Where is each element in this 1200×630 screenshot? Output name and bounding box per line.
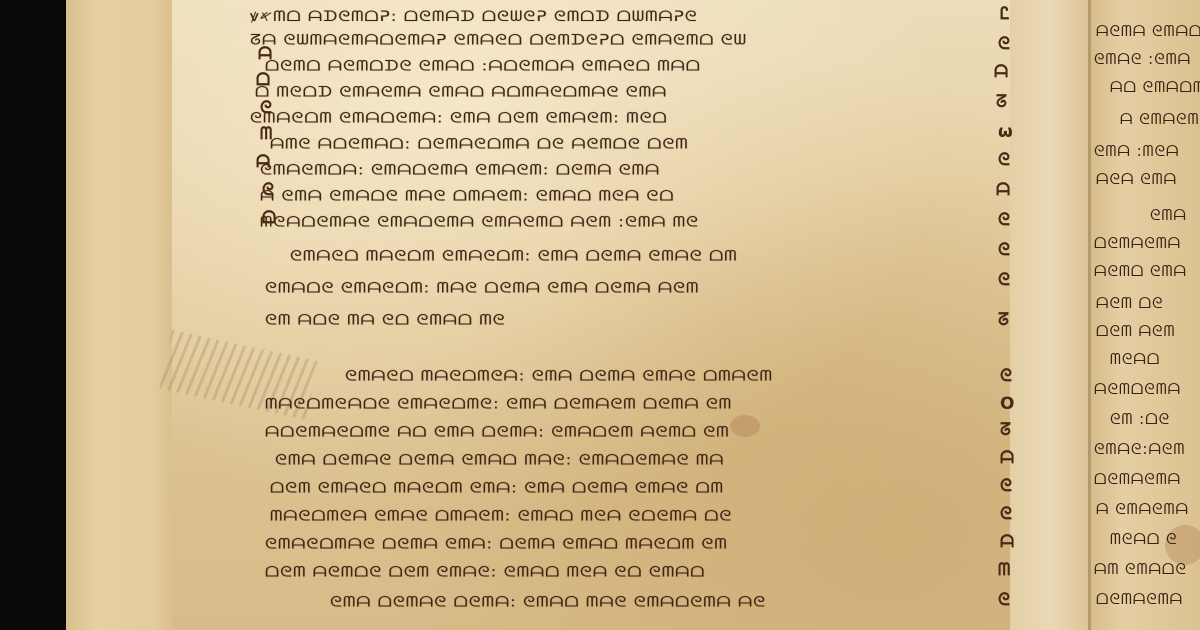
margin-letter: ᗩ — [258, 44, 272, 64]
margin-letter: ᗰ — [260, 124, 272, 144]
margin-letter: ᘓ — [998, 34, 1010, 54]
margin-letter: ᘓ — [262, 180, 274, 200]
margin-letter: ᗩ — [1000, 532, 1014, 552]
manuscript-line: ᗩ ᘓᗰᗩ ᘓᗰᗩᗝᘓ ᗰᗩᘓ ᗝᗰᗩᘓᗰ: ᘓᗰᗩᗝ ᗰᘓᗩ ᘓᗝ — [260, 188, 674, 205]
right-column-line: ᗝᘓᗰᗩᘓᗰᗩ — [1094, 234, 1181, 252]
manuscript-line: ᘓᗰᗩ ᗝᘓᗰᗩᘓ ᗝᘓᗰᗩ: ᘓᗰᗩᗝ ᗰᗩᘓ ᘓᗰᗩᗝᘓᗰᗩ ᗩᘓ — [330, 594, 766, 611]
manuscript-line: ᗩᗝᘓᗰᗩᘓᗝᗰᘓ ᗩᗝ ᘓᗰᗩ ᗝᘓᗰᗩ: ᘓᗰᗩᗝᘓᗰ ᗩᘓᗰᗝ ᘓᗰ — [265, 424, 729, 441]
margin-letter: ᗰ — [998, 560, 1010, 580]
margin-letter: ᘓ — [998, 150, 1010, 170]
gutter-margin — [1010, 0, 1092, 630]
margin-letter: ᘔ — [998, 310, 1009, 330]
manuscript-line: ᘓᗰᗩᘓᗝᗰ ᘓᗰᗩᗝᘓᗰᗩ: ᘓᗰᗩ ᗝᘓᗰ ᘓᗰᗩᘓᗰ: ᗰᘓᗝ — [250, 110, 668, 127]
margin-letter: O — [1000, 394, 1014, 414]
right-column-line: ᗩᘓᗩ ᘓᗰᗩ — [1096, 170, 1177, 188]
right-column-line: ᗩᘓᗰᗝ ᘓᗰᗩ — [1094, 262, 1187, 280]
right-column-line: ᗝᘓᗰᗩᘓᗰᗩ — [1094, 470, 1181, 488]
margin-letter: ᗝ — [256, 70, 270, 90]
margin-letter: ᘔ — [996, 92, 1007, 112]
manuscript-line: ᗰᗩᘓᗝᗰᘓᗩᗝᘓ ᘓᗰᗩᘓᗝᗰᘓ: ᘓᗰᗩ ᗝᘓᗰᗩᘓᗰ ᗝᘓᗰᗩ ᘓᗰ — [265, 396, 732, 413]
manuscript-line: ᗩᗰᘓ ᗩᗝᘓᗰᗩᗝ: ᗝᘓᗰᗩᘓᗝᗰᗩ ᗝᘓ ᗩᘓᗰᗝᘓ ᗝᘓᗰ — [270, 136, 689, 153]
manuscript-line: ᘓᗰ ᗩᗝᘓ ᗰᗩ ᘓᗝ ᘓᗰᗩᗝ ᗰᘓ — [265, 312, 506, 329]
dark-background — [0, 0, 68, 630]
manuscript-line: ᘔᗩ ᘓᗯᗰᗩᘓᗰᗩᗝᘓᗰᗩᕈ ᘓᗰᗩᘓᗝ ᗝᘓᗰᗪᘓᕈᗝ ᘓᗰᗩᘓᗰᗝ ᘓᗯ — [250, 32, 747, 49]
margin-letter: ᘓ — [998, 210, 1010, 230]
margin-letter: ᘓ — [1000, 366, 1012, 386]
manuscript-line: ᘓᗰᗩᘓᗝ ᗰᗩᘓᗝᗰᘓᗩ: ᘓᗰᗩ ᗝᘓᗰᗩ ᘓᗰᗩᘓ ᗝᗰᗩᘓᗰ — [345, 368, 773, 385]
manuscript-line: ꝟ𐤀ᗰᗝ ᗩᗪᘓᗰᗝᕈ: ᗝᘓᗰᗩᗪ ᗝᘓᗯᘓᕈ ᘓᗰᗝᗪ ᗝᗯᗰᗩᕈᘓ — [250, 6, 698, 26]
manuscript-line: ᗝᘓᗰᗝ ᗩᘓᗰᗝᗪᘓ ᘓᗰᗩᗝ :ᗩᗝᘓᗰᗝᗩ ᘓᗰᗩᘓᗝ ᗰᗩᗝ — [265, 58, 701, 75]
manuscript-line: ᘓᗰᗩ ᗝᘓᗰᗩᘓ ᗝᘓᗰᗩ ᘓᗰᗩᗝ ᗰᗩᘓ: ᘓᗰᗩᗝᘓᗰᗩᘓ ᗰᗩ — [275, 452, 724, 469]
right-column-line: ᘓᗰᗩ :ᗰᘓᗩ — [1094, 142, 1180, 160]
margin-letter: ᘓ — [998, 590, 1010, 610]
right-column-line: ᗩ ᘓᗰᗩᘓᗰ — [1120, 110, 1199, 128]
right-column-line: ᗩᘓᗰ ᗝᘓ — [1096, 294, 1164, 312]
manuscript-line: ᘓᗰᗩᘓᗰᗝᗩ: ᘓᗰᗩᗝᘓᗰᗩ ᘓᗰᗩᘓᗰ: ᗝᘓᗰᗩ ᘓᗰᗩ — [260, 162, 660, 179]
right-column-line: ᗰᘓᗩᗝ — [1110, 350, 1160, 368]
manuscript-line: ᘓᗰᗩᘓᗝᗰᗩᘓ ᗝᘓᗰᗩ ᘓᗰᗩ: ᗝᘓᗰᗩ ᘓᗰᗩᗝ ᗰᗩᘓᗝᗰ ᘓᗰ — [265, 536, 728, 553]
right-column-line: ᗰᘓᗩᗝ ᘓ — [1110, 530, 1178, 548]
right-column-line: ᘓᗰ :ᗝᘓ — [1110, 410, 1170, 428]
margin-letter: ᘔ — [1000, 420, 1011, 440]
ink-stain — [730, 415, 760, 437]
manuscript-line: ᗰᗩᘓᗝᗰᘓᗩ ᘓᗰᗩᘓ ᗝᗰᗩᘓᗰ: ᘓᗰᗩᗝ ᗰᘓᗩ ᘓᗝᘓᗰᗩ ᗝᘓ — [270, 508, 732, 525]
margin-letter: ᗩ — [994, 62, 1008, 82]
margin-letter: ᗩ — [996, 180, 1010, 200]
margin-letter: ᘓ — [260, 98, 272, 118]
right-column-line: ᗩ ᘓᗰᗩᘓᗰᗩ — [1096, 500, 1189, 518]
right-column-line: ᗩᘓᗰᗩ ᘓᗰᗩᗝ — [1096, 22, 1200, 40]
parchment-margin-strip — [66, 0, 176, 630]
margin-letter: ᘓ — [1000, 476, 1012, 496]
manuscript-line: ᗰᘓᗩᗝᘓᗰᗩᘓ ᘓᗰᗩᗝᘓᗰᗩ ᘓᗰᗩᘓᗰᗝ ᗩᘓᗰ :ᘓᗰᗩ ᗰᘓ — [260, 214, 699, 231]
margin-letter: ᘓ — [998, 240, 1010, 260]
margin-letter: ω — [998, 122, 1013, 142]
manuscript-line: ᘓᗰᗩᗝᘓ ᘓᗰᗩᘓᗝᗰ: ᗰᗩᘓ ᗝᘓᗰᗩ ᘓᗰᗩ ᗝᘓᗰᗩ ᗩᘓᗰ — [265, 280, 699, 297]
right-column-line: ᗝᘓᗰᗩᘓᗰᗩ — [1096, 590, 1183, 608]
margin-letter: ᗩ — [1000, 448, 1014, 468]
margin-letter: ᗝ — [262, 208, 276, 228]
margin-letter: ᘓ — [1000, 504, 1012, 524]
manuscript-line: ᗝ ᗰᘓᗝᗪ ᘓᗰᗩᘓᗰᗩ ᘓᗰᗩᗝ ᗩᗝᗰᗩᘓᗝᗰᗩᘓ ᘓᗰᗩ — [255, 84, 667, 101]
right-column-line: ᗩᗰ ᘓᗰᗩᗝᘓ — [1094, 560, 1187, 578]
right-column-line: ᗩᗝ ᘓᗰᗩᗝᗰ — [1110, 78, 1200, 96]
margin-letter: ᗩ — [256, 152, 270, 172]
margin-letter: ᘓ — [998, 270, 1010, 290]
manuscript-line: ᘓᗰᗩᘓᗝ ᗰᗩᘓᗝᗰ ᘓᗰᗩᘓᗝᗰ: ᘓᗰᗩ ᗝᘓᗰᗩ ᘓᗰᗩᘓ ᗝᗰ — [290, 248, 738, 265]
manuscript-line: ᗝᘓᗰ ᘓᗰᗩᘓᗝ ᗰᗩᘓᗝᗰ ᘓᗰᗩ: ᘓᗰᗩ ᗝᘓᗰᗩ ᘓᗰᗩᘓ ᗝᗰ — [270, 480, 724, 497]
right-column-line: ᘓᗰᗩᘓ :ᘓᗰᗩ — [1094, 50, 1191, 68]
margin-letter: Ꮭ — [1000, 4, 1010, 24]
right-column-line: ᗩᘓᗰᗝᘓᗰᗩ — [1094, 380, 1181, 398]
right-column-line: ᘓᗰᗩᘓ:ᗩᘓᗰ — [1094, 440, 1185, 458]
manuscript-line: ᗝᘓᗰ ᗩᘓᗰᗝᘓ ᗝᘓᗰ ᘓᗰᗩᘓ: ᘓᗰᗩᗝ ᗰᘓᗩ ᘓᗝ ᘓᗰᗩᗝ — [265, 564, 705, 581]
right-column-line: ᘓᗰᗩ — [1150, 206, 1187, 224]
right-column-line: ᗝᘓᗰ ᗩᘓᗰ — [1096, 322, 1175, 340]
